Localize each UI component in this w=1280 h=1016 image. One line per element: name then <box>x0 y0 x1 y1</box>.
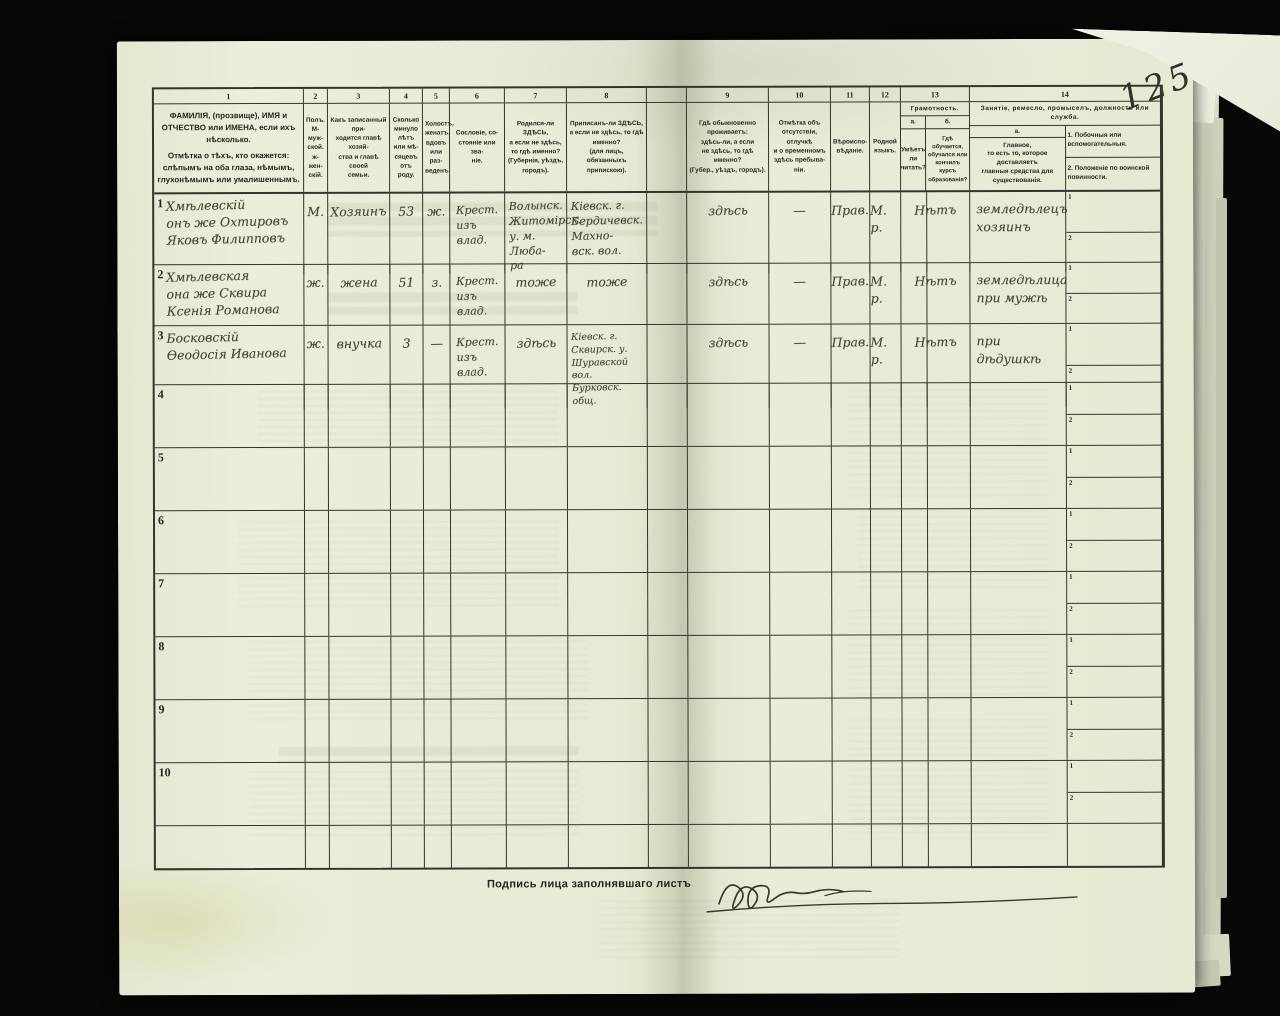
fold-spacer <box>649 825 689 867</box>
cell-name: 8 <box>155 637 305 699</box>
header-sex: Полъ. М-муж- ской. ж-жен- скій. <box>304 104 328 192</box>
row-number: 2 <box>157 267 163 282</box>
occupation-side-cells: 1 2 <box>1066 509 1161 571</box>
cell-occupation: 1 2 <box>971 698 1161 760</box>
fold-spacer <box>648 510 688 572</box>
row-number: 6 <box>158 513 164 528</box>
cell-occupation: 1 2 <box>971 572 1161 634</box>
row-number: 10 <box>159 765 171 780</box>
cell-literacy: Нѣтъ <box>901 263 970 323</box>
cell-literacy <box>902 698 971 760</box>
sub-cell-1: 1 <box>1068 325 1072 333</box>
cell-absence: — <box>769 264 831 324</box>
cell-occupation: 1 2 <box>971 509 1161 571</box>
col-number: 12 <box>870 87 901 101</box>
cell-religion: Прав. <box>831 192 870 272</box>
cell-birthplace: тоже <box>505 264 567 324</box>
header-row: ФАМИЛІЯ, (прозвище), ИМЯ и ОТЧЕСТВО или … <box>154 102 1160 195</box>
cell-name: 1 Хмѣлевскій онъ же Охтировъ Яковъ Филип… <box>154 194 304 275</box>
cell-residence: здѣсь <box>687 264 769 324</box>
cell-absence: — <box>769 193 831 273</box>
handwritten-occupation: земледѣлецъ хозяинъ <box>976 201 1067 234</box>
cell-literacy <box>903 761 972 823</box>
table-row: 8 1 2 <box>155 635 1161 701</box>
table-row: 1 Хмѣлевскій онъ же Охтировъ Яковъ Филип… <box>154 192 1160 266</box>
cell-name: 5 <box>155 448 305 510</box>
sub-cell-1: 1 <box>1069 699 1073 707</box>
sub-cell-2: 2 <box>1068 294 1072 302</box>
row-number: 1 <box>157 196 163 211</box>
header-name-line1: ФАМИЛІЯ, (прозвище), ИМЯ и ОТЧЕСТВО или … <box>156 110 301 146</box>
handwritten-name: Босковскій Ѳеодосія Иванова <box>166 328 302 365</box>
row-number: 9 <box>158 702 164 717</box>
header-name: ФАМИЛІЯ, (прозвище), ИМЯ и ОТЧЕСТВО или … <box>154 104 304 192</box>
col-number: 4 <box>390 89 423 103</box>
col-number: 7 <box>505 88 567 102</box>
fold-spacer <box>648 699 688 761</box>
census-sheet: 125 1 2 3 4 5 6 7 8 9 10 11 12 13 14 ФАМ… <box>117 39 1195 996</box>
table-row: 5 1 2 <box>155 446 1161 512</box>
occupation-side-cells: 1 2 <box>1065 192 1160 272</box>
sub-cell-1: 1 <box>1068 193 1072 201</box>
col-number: 2 <box>304 89 328 103</box>
col-number: 6 <box>450 88 505 102</box>
col-number: 5 <box>423 89 450 103</box>
fold-spacer <box>648 636 688 698</box>
fold-spacer <box>647 88 687 102</box>
cell-literacy <box>902 383 971 445</box>
row-number: 4 <box>158 387 164 402</box>
sub-cell-2: 2 <box>1070 730 1074 738</box>
sub-cell-2: 2 <box>1068 234 1072 242</box>
cell-marital: з. <box>423 265 450 325</box>
cell-name: 2 Хмѣлевская она же Сквира Ксенія Романо… <box>154 265 304 325</box>
header-registered: Приписанъ-ли ЗДѢСЬ, а если не здѣсь, то … <box>567 103 647 191</box>
page-stack-edge <box>1216 198 1227 898</box>
header-literacy-group: Грамотность. а. Умѣетъ ли читать? б. Гдѣ… <box>901 102 970 190</box>
cell-literacy <box>902 446 971 508</box>
cell-occupation <box>972 824 1162 866</box>
header-literacy-a: а. Умѣетъ ли читать? <box>901 117 926 191</box>
occupation-side-cells: 1 2 <box>1065 263 1160 323</box>
header-occupation-title: Занятіе, ремесло, промыселъ, должность и… <box>970 102 1160 126</box>
table-row: 4 1 2 <box>155 383 1161 449</box>
handwritten-occupation: земледѣлица при мужѣ <box>976 272 1067 305</box>
col-number: 9 <box>687 88 769 102</box>
fold-spacer <box>649 762 689 824</box>
sub-label-a: а. <box>901 117 925 129</box>
occupation-side-cells: 1 2 <box>1066 383 1161 445</box>
header-age: Сколько минуло лѣтъ или мѣ- сяцевъ отъ р… <box>390 104 423 192</box>
header-occupation-a: а. Главное, то есть то, которое доставля… <box>970 125 1066 190</box>
header-occupation-b1: 1. Побочныя или вспомогательныя. <box>1065 125 1160 158</box>
table-bottom-band <box>156 824 1162 869</box>
cell-literacy <box>902 572 971 634</box>
cell-age: 53 <box>390 194 423 274</box>
col-number: 3 <box>328 89 390 103</box>
header-residence: Гдѣ обыкновенно проживаетъ: здѣсь-ли, а … <box>687 103 769 191</box>
sub-label-b: б. <box>926 116 969 128</box>
sub-cell-2: 2 <box>1069 541 1073 549</box>
cell-occupation: земледѣлица при мужѣ 1 2 <box>970 263 1160 323</box>
header-literacy-b: б. Гдѣ обучается, обучался или кончилъ к… <box>926 116 969 190</box>
signature-block: Подпись лица заполнявшаго листъ <box>487 865 1105 923</box>
sub-cell-1: 1 <box>1069 510 1073 518</box>
cell-name: 4 <box>155 385 305 447</box>
cell-literacy <box>902 635 971 697</box>
cell-sex: М. <box>304 194 328 274</box>
cell-literacy: Нѣтъ <box>901 192 970 272</box>
header-estate: Сословіе, со- стояніе или зва- ніе. <box>450 103 505 191</box>
sub-cell-2: 2 <box>1069 415 1073 423</box>
cell-occupation: 1 2 <box>972 761 1162 823</box>
table-row: 10 1 2 <box>156 761 1162 827</box>
header-occupation-b: 1. Побочныя или вспомогательныя. 2. Поло… <box>1065 125 1160 190</box>
header-relation: Какъ записанный при- ходится главѣ хозяй… <box>328 104 390 192</box>
fold-spacer <box>648 384 688 446</box>
table-row: 6 1 2 <box>155 509 1161 575</box>
cell-literacy <box>903 824 972 866</box>
col-number: 1 <box>154 89 304 103</box>
signature-handwriting <box>705 865 1105 922</box>
row-number: 5 <box>158 450 164 465</box>
table-row: 3 Босковскій Ѳеодосія Иванова ж. внучка … <box>154 324 1160 386</box>
cell-occupation: земледѣлецъ хозяинъ 1 2 <box>970 192 1160 273</box>
cell-name: 10 <box>156 763 306 825</box>
fold-spacer <box>647 103 687 191</box>
cell-birthplace: Волынск. Житомірск. у. м. Люба- ра <box>505 193 567 273</box>
cell-relation: жена <box>328 265 390 325</box>
handwritten-occupation: при дѣдушкѣ <box>977 333 1042 366</box>
sub-cell-2: 2 <box>1069 478 1073 486</box>
cell-name: 9 <box>155 700 305 762</box>
col-number: 11 <box>831 87 870 101</box>
cell-marital: ж. <box>423 194 450 274</box>
table-row: 2 Хмѣлевская она же Сквира Ксенія Романо… <box>154 263 1160 327</box>
cell-name: 6 <box>155 511 305 573</box>
cell-estate: Крест. изъ влад. <box>450 193 505 273</box>
occupation-side-cells: 1 2 <box>1066 698 1161 760</box>
cell-registered: тоже <box>567 264 647 324</box>
sub-cell-1: 1 <box>1069 573 1073 581</box>
sub-cell-2: 2 <box>1069 367 1073 375</box>
sub-cell-1: 1 <box>1069 636 1073 644</box>
handwritten-name: Хмѣлевскій онъ же Охтировъ Яковъ Филиппо… <box>166 196 302 250</box>
table-row: 7 1 2 <box>155 572 1161 638</box>
col-number: 8 <box>567 88 647 102</box>
occupation-side-cells: 1 2 <box>1067 761 1162 823</box>
cell-literacy <box>902 509 971 571</box>
occupation-side-cells: 1 2 <box>1066 635 1161 697</box>
row-number: 7 <box>158 576 164 591</box>
sub-cell-2: 2 <box>1069 604 1073 612</box>
header-occupation-group: Занятіе, ремесло, промыселъ, должность и… <box>970 102 1160 190</box>
signature-label: Подпись лица заполнявшаго листъ <box>487 866 691 891</box>
fold-spacer <box>647 193 687 273</box>
cell-name: 7 <box>155 574 305 636</box>
census-table: 1 2 3 4 5 6 7 8 9 10 11 12 13 14 ФАМИЛІЯ… <box>152 85 1165 871</box>
cell-registered: Кіевск. г. Бердичевск. Махно- вск. вол. <box>567 193 647 273</box>
handwritten-name: Хмѣлевская она же Сквира Ксенія Романова <box>166 267 302 321</box>
fold-spacer <box>648 573 688 635</box>
sub-cell-1: 1 <box>1069 384 1073 392</box>
cell-age: 51 <box>390 265 423 325</box>
fold-spacer <box>647 264 687 324</box>
header-literacy-b-text: Гдѣ обучается, обучался или кончилъ курс… <box>926 129 969 191</box>
cell-religion: Прав. <box>831 263 870 323</box>
occupation-side-cells: 1 2 <box>1066 572 1161 634</box>
col-number: 10 <box>769 88 831 102</box>
table-row: 9 1 2 <box>155 698 1161 764</box>
sub-label-a: а. <box>970 125 1065 138</box>
header-occupation-a-text: Главное, то есть то, которое доставляетъ… <box>970 138 1065 190</box>
col-number: 14 <box>970 87 1160 101</box>
cell-relation: Хозяинъ <box>328 194 390 274</box>
sub-cell-1: 1 <box>1070 762 1074 770</box>
row-number: 3 <box>158 328 164 343</box>
header-occupation-b2: 2. Положеніе по воинской повинности. <box>1066 158 1161 190</box>
header-absence: Отмѣтка объ отсутствіи, отлучкѣ и о врем… <box>769 103 831 191</box>
occupation-side-cells: 1 2 <box>1066 446 1161 508</box>
sub-cell-1: 1 <box>1069 447 1073 455</box>
cell-language: М. р. <box>870 263 901 323</box>
header-religion: Вѣроиспо- вѣданіе. <box>831 102 870 190</box>
cell-estate: Крест. изъ влад. <box>450 264 505 324</box>
cell-occupation: 1 2 <box>971 446 1161 508</box>
header-marital: Холостъ, женатъ, вдовъ или раз- веденъ. <box>423 104 450 192</box>
sub-cell-2: 2 <box>1069 667 1073 675</box>
fold-spacer <box>648 447 688 509</box>
cell-language: М. р. <box>870 192 901 272</box>
header-name-line2: Отмѣтка о тѣхъ, кто окажется: слѣпымъ на… <box>156 150 301 186</box>
header-literacy-a-text: Умѣетъ ли читать? <box>901 129 925 191</box>
cell-residence: здѣсь <box>687 193 769 273</box>
cell-occupation: 1 2 <box>971 383 1161 445</box>
header-birthplace: Родился-ли ЗДѢСЬ, а если не здѣсь, то гд… <box>505 103 567 191</box>
cell-sex: ж. <box>304 265 328 325</box>
header-language: Родной языкъ. <box>870 102 901 190</box>
col-number: 13 <box>901 87 970 101</box>
sub-cell-1: 1 <box>1068 264 1072 272</box>
header-literacy-title: Грамотность. <box>901 102 969 116</box>
row-number: 8 <box>158 639 164 654</box>
sub-cell-2: 2 <box>1070 793 1074 801</box>
cell-occupation: 1 2 <box>971 635 1161 697</box>
